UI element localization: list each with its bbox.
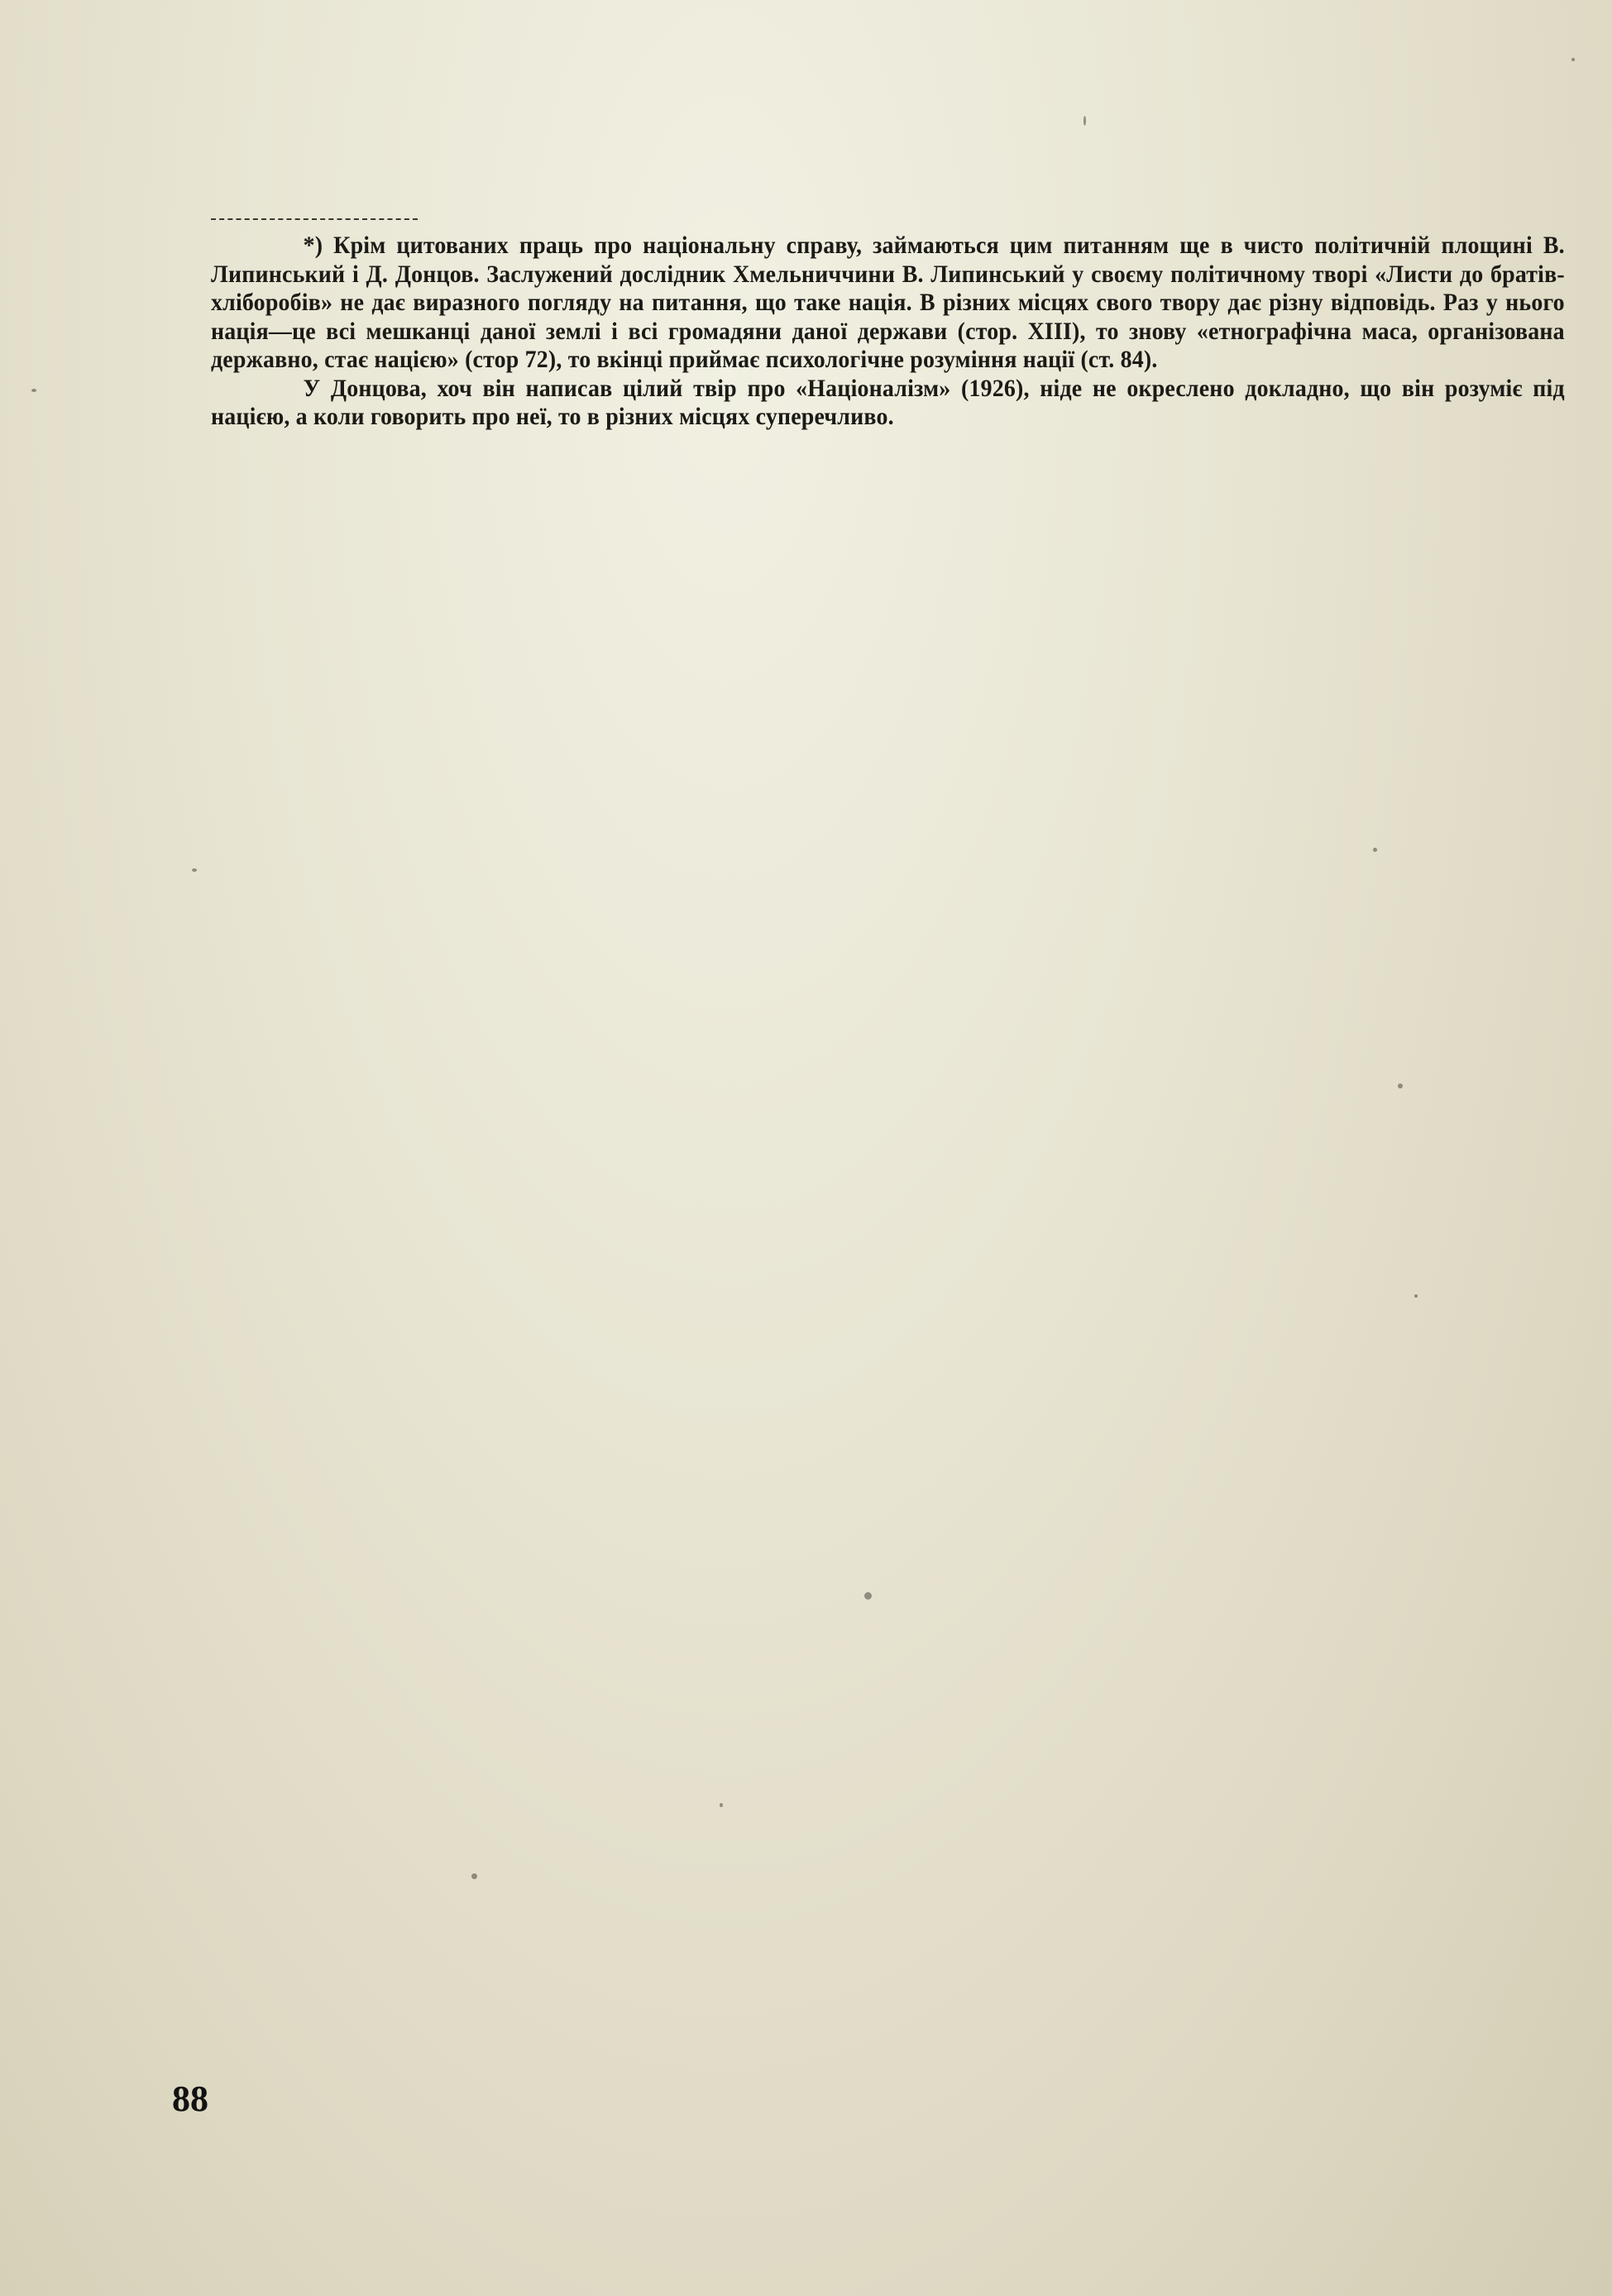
paper-speck xyxy=(31,389,36,392)
paper-speck xyxy=(720,1803,723,1807)
paper-speck xyxy=(1398,1083,1403,1088)
page-number: 88 xyxy=(172,2078,208,2120)
footnote: *) Крім цитованих праць про національну … xyxy=(211,232,1565,432)
paper-speck xyxy=(471,1873,477,1879)
paper-speck xyxy=(1373,848,1377,852)
paper-speck xyxy=(864,1592,872,1600)
footnote-paragraph-2: У Донцова, хоч він написав цілий твір пр… xyxy=(211,375,1565,432)
paper-speck xyxy=(192,868,197,872)
paper-speck xyxy=(1414,1294,1418,1298)
footnote-paragraph-1: *) Крім цитованих праць про національну … xyxy=(211,232,1565,375)
paper-speck xyxy=(1571,58,1575,61)
paper-speck xyxy=(1083,116,1086,126)
footnote-separator-rule xyxy=(211,218,418,220)
